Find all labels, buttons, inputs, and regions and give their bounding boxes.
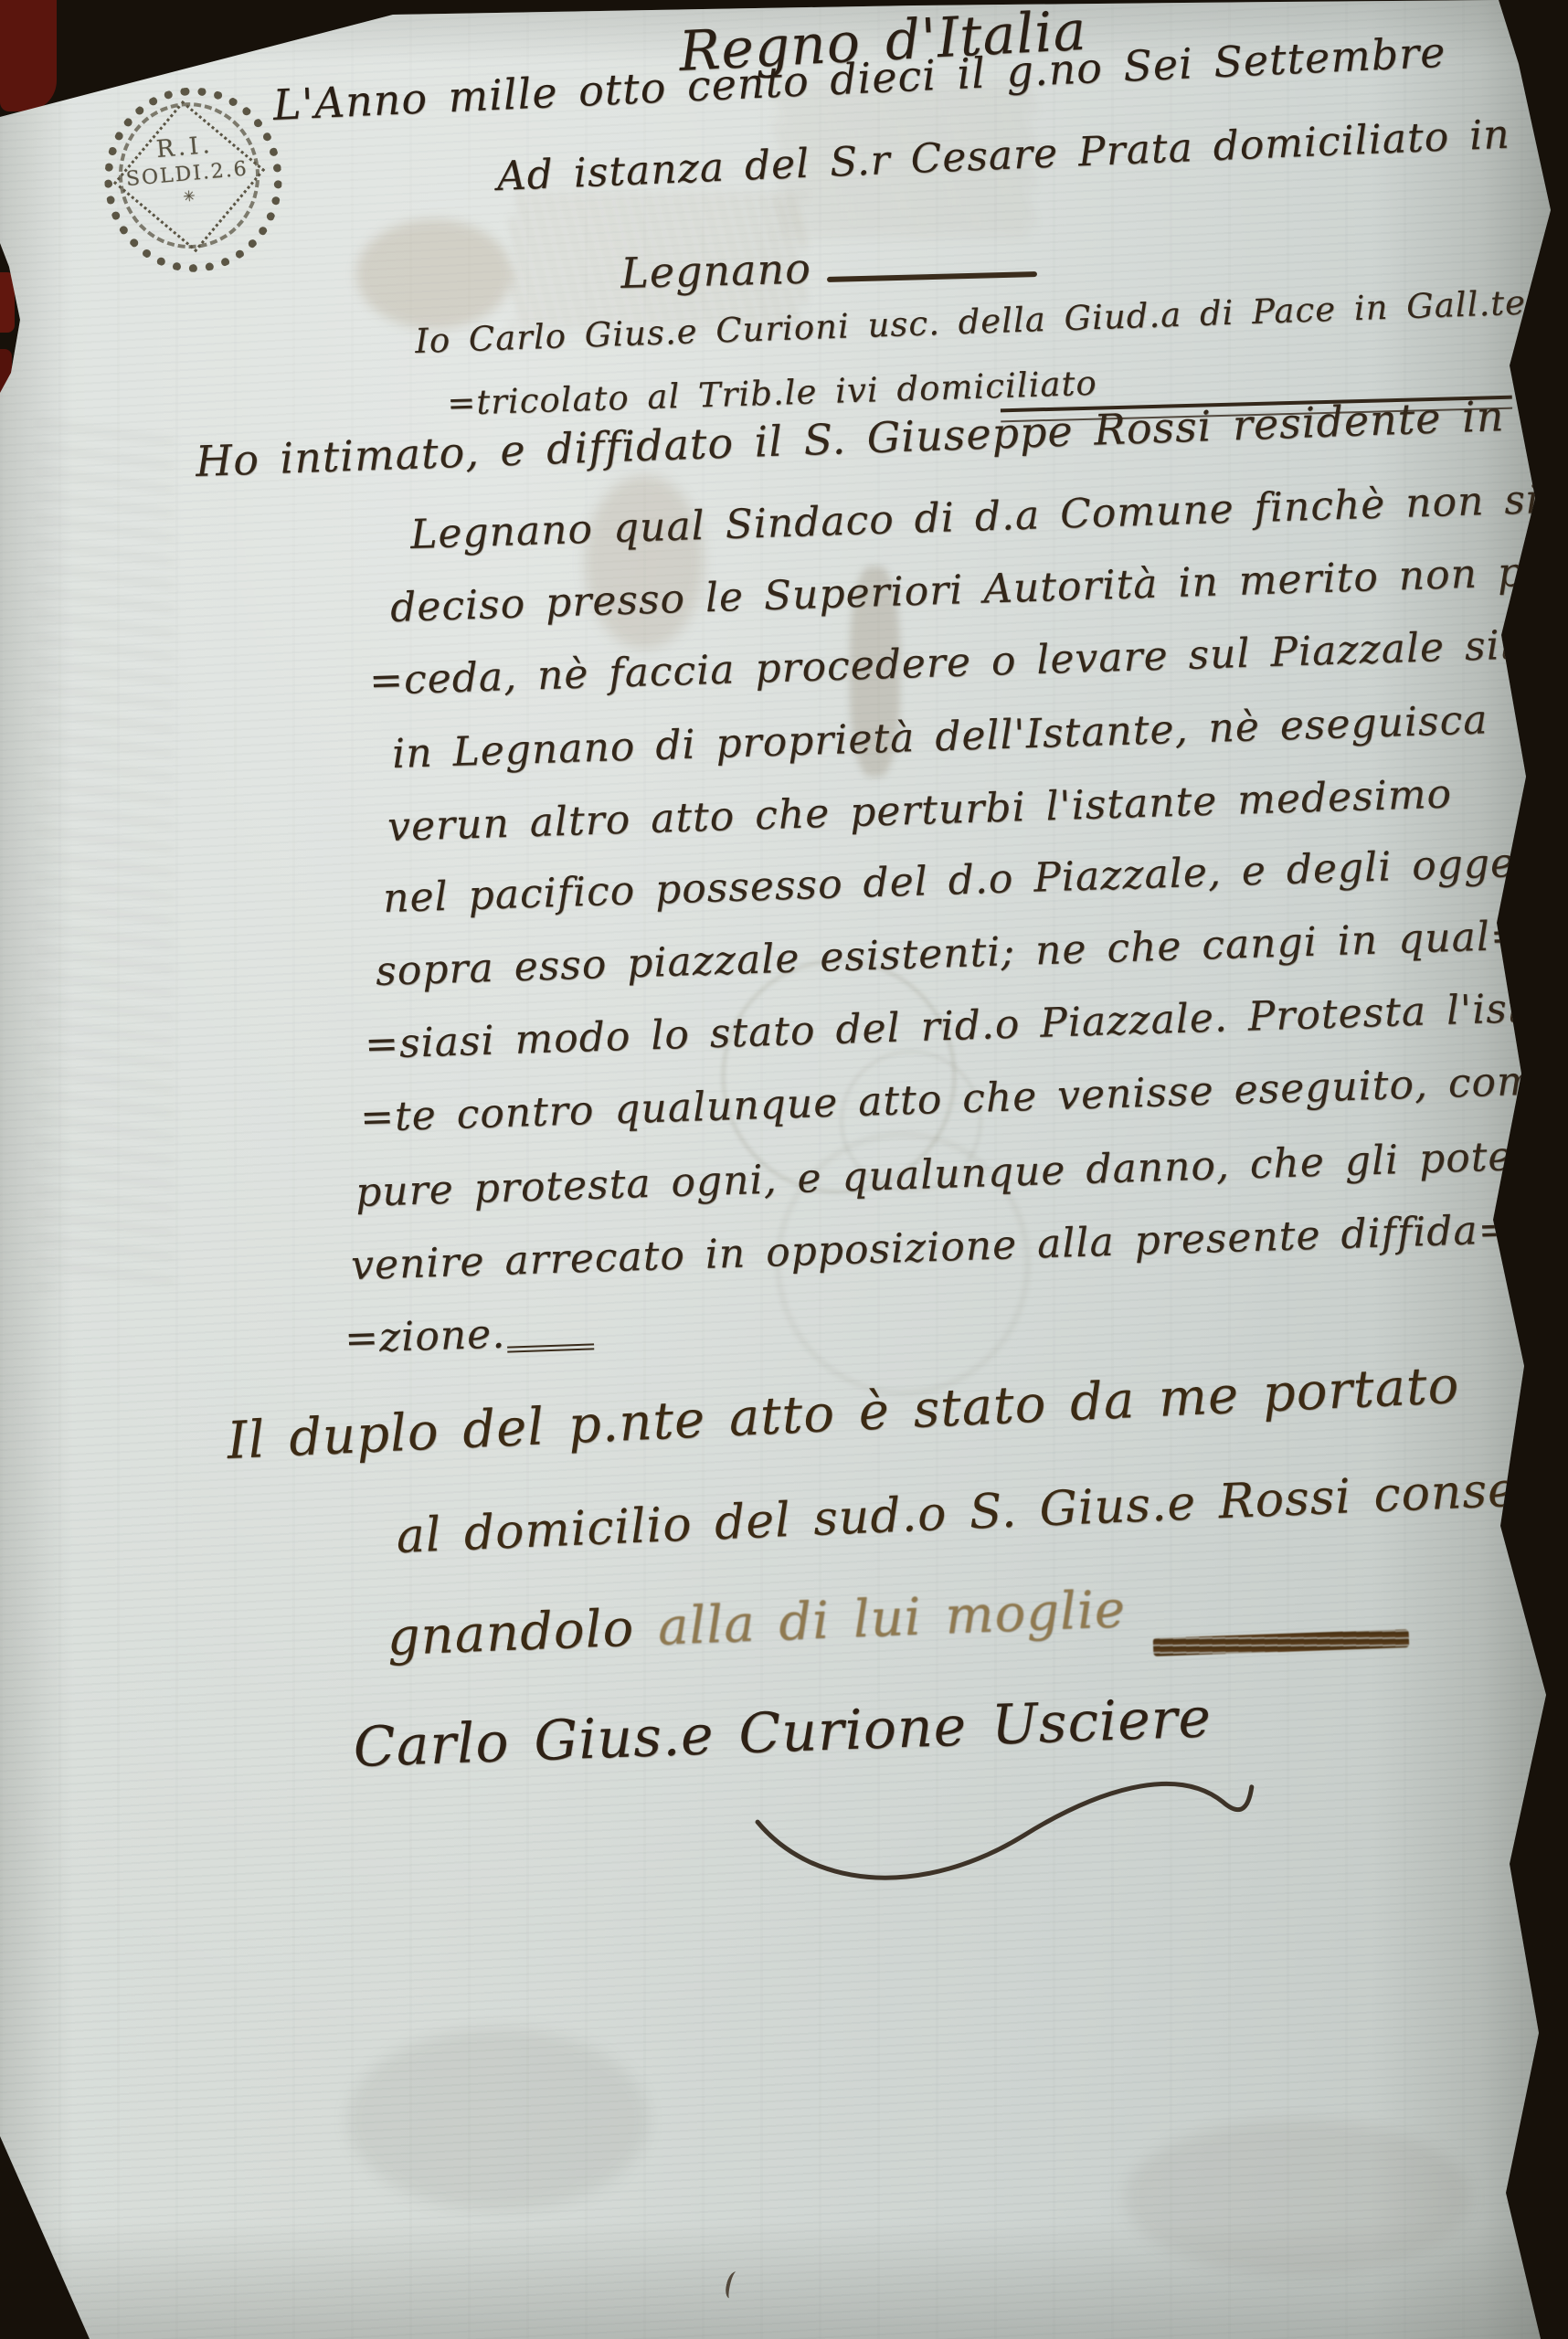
manuscript-line: =zione.	[344, 1310, 505, 1362]
heading-place-line: Legnano	[620, 244, 812, 298]
manuscript-line: pure protesta ogni, e qualunque danno, c…	[355, 1131, 1568, 1216]
manuscript-line: nel pacifico possesso del d.o Piazzale, …	[382, 838, 1563, 922]
bottom-left-smudge	[347, 2028, 649, 2211]
manuscript-line: venire arrecato in opposizione alla pres…	[350, 1206, 1513, 1289]
faded-fragment: alla di lui moglie	[657, 1580, 1127, 1657]
manuscript-line: deciso presso le Superiori Autorità in m…	[389, 546, 1568, 631]
closing-squiggle	[507, 1334, 595, 1352]
stray-ink-mark	[724, 2270, 742, 2300]
red-edge-mark-top-left	[0, 0, 57, 111]
manuscript-line: =te contro qualunque atto che venisse es…	[359, 1057, 1561, 1141]
scanned-manuscript-page: { "document_type": "manuscript-legal-dee…	[0, 0, 1568, 2339]
revenue-stamp: R.I. SOLDI.2.6 ✳	[90, 73, 289, 279]
flourish-rule	[827, 271, 1037, 282]
bleedthrough-stain	[356, 219, 512, 329]
manuscript-line: Legnano qual Sindaco di d.a Comune finch…	[409, 475, 1565, 558]
manuscript-line: verun altro atto che perturbi l'istante …	[387, 770, 1452, 851]
paper-sheet: R.I. SOLDI.2.6 ✳ Regno d'Italia L'Anno m…	[0, 0, 1568, 2339]
manuscript-line: sopra esso piazzale esistenti; ne che ca…	[375, 913, 1525, 995]
closing-line: gnandolo alla di lui moglie	[387, 1580, 1128, 1667]
paper-edge-shadow-left	[0, 0, 73, 2339]
closing-line: Il duplo del p.nte atto è stato da me po…	[226, 1356, 1460, 1471]
manuscript-line: =ceda, nè faccia procedere o levare sul …	[368, 620, 1556, 704]
closing-word: gnandolo	[387, 1599, 636, 1667]
bottom-right-smudge	[1124, 2120, 1471, 2275]
crossed-out-word	[1153, 1629, 1410, 1656]
manuscript-line: Io Carlo Gius.e Curioni usc. della Giud.…	[414, 280, 1568, 361]
paper-edge-shadow-bottom	[0, 2220, 1568, 2339]
margin-ghost-writing	[37, 420, 174, 1288]
manuscript-line: in Legnano di proprietà dell'Istante, nè…	[391, 696, 1489, 778]
heading-instance-line: Ad istanza del S.r Cesare Prata domicili…	[496, 111, 1511, 200]
manuscript-line: =siasi modo lo stato del rid.o Piazzale.…	[364, 982, 1568, 1068]
closing-line: al domicilio del sud.o S. Gius.e Rossi c…	[395, 1461, 1558, 1564]
signature-flourish	[746, 1750, 1264, 1913]
